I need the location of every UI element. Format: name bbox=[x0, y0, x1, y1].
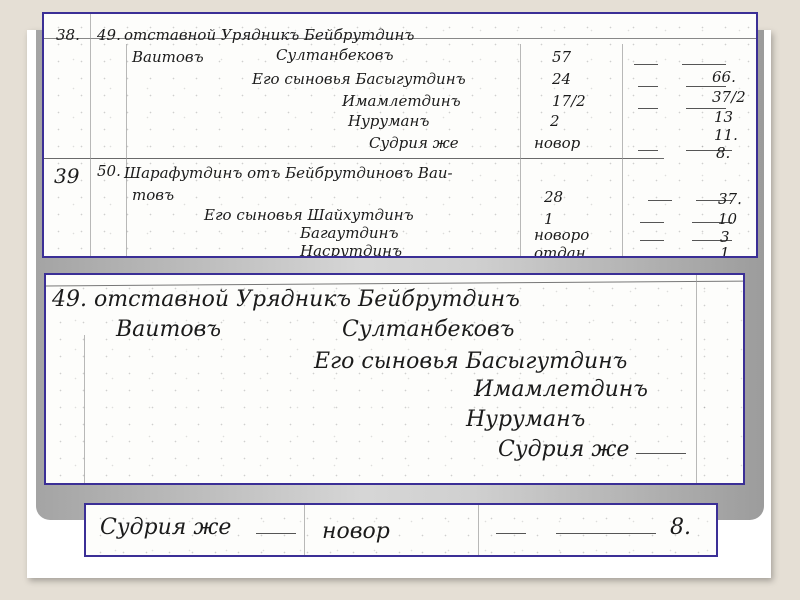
blank-dash bbox=[640, 240, 664, 241]
handwritten-line: Насрутдинъ bbox=[300, 244, 402, 258]
blank-dash bbox=[638, 86, 658, 87]
age-value: 37. bbox=[718, 192, 742, 207]
age-value: 1 bbox=[544, 212, 554, 227]
column-rule bbox=[520, 44, 521, 258]
handwritten-line: Ваитовъ bbox=[116, 319, 221, 341]
household-number: 39 bbox=[54, 166, 79, 186]
age-value: 37/2 bbox=[712, 90, 746, 105]
column-rule bbox=[84, 335, 85, 485]
blank-dash bbox=[640, 222, 664, 223]
handwritten-line: Ваитовъ bbox=[132, 50, 204, 65]
age-value: 13 bbox=[714, 110, 733, 125]
detail-value: 8. bbox=[670, 517, 691, 539]
handwritten-line: Его сыновья Басыгутдинъ bbox=[252, 72, 466, 87]
column-rule bbox=[304, 505, 305, 557]
handwritten-line: Его сыновья Басыгутдинъ bbox=[314, 351, 627, 373]
age-value: 28 bbox=[544, 190, 563, 205]
blank-dash bbox=[256, 533, 296, 534]
handwritten-line: товъ bbox=[132, 188, 174, 203]
register-scan-enlarged: 49. отставной Урядникъ Бейбрутдинъ Ваито… bbox=[44, 273, 745, 485]
handwritten-line: Судрия же bbox=[498, 439, 629, 461]
age-value: 3 bbox=[720, 230, 730, 245]
entry-divider bbox=[44, 158, 664, 159]
column-rule bbox=[622, 44, 623, 258]
age-value: 10 bbox=[718, 212, 737, 227]
column-rule bbox=[696, 275, 697, 485]
handwritten-line: Его сыновья Шайхутдинъ bbox=[204, 208, 414, 223]
age-value: новор bbox=[534, 136, 580, 151]
blank-dash bbox=[682, 64, 726, 65]
age-value: 11. bbox=[714, 128, 738, 143]
blank-dash bbox=[556, 533, 656, 534]
blank-dash bbox=[638, 150, 658, 151]
handwritten-line: 49. отставной Урядникъ Бейбрутдинъ bbox=[52, 289, 520, 311]
blank-dash bbox=[496, 533, 526, 534]
blank-dash bbox=[634, 64, 658, 65]
handwritten-line: Шарафутдинъ отъ Бейбрутдиновъ Ваи- bbox=[124, 166, 453, 181]
age-value: 2 bbox=[550, 114, 560, 129]
blank-dash bbox=[638, 108, 658, 109]
age-value: 24 bbox=[552, 72, 571, 87]
age-value: 66. bbox=[712, 70, 736, 85]
handwritten-line: Имамлетдинъ bbox=[474, 379, 648, 401]
age-value: 17/2 bbox=[552, 94, 586, 109]
person-number: 50. bbox=[97, 164, 121, 179]
handwritten-line: Султанбековъ bbox=[276, 48, 394, 63]
detail-age-note: новор bbox=[322, 521, 390, 543]
age-value: 8. bbox=[716, 146, 730, 161]
handwritten-line: Султанбековъ bbox=[342, 319, 514, 341]
blank-dash bbox=[686, 86, 726, 87]
handwritten-line: Багаутдинъ bbox=[300, 226, 398, 241]
detail-name: Судрия же bbox=[100, 517, 231, 539]
household-number: 38. bbox=[56, 28, 80, 43]
column-rule bbox=[126, 44, 127, 258]
person-number: 49. bbox=[97, 28, 121, 43]
blank-dash bbox=[648, 200, 672, 201]
column-rule bbox=[90, 14, 91, 258]
register-scan-detail: Судрия же новор 8. bbox=[84, 503, 718, 557]
blank-dash bbox=[636, 453, 686, 454]
age-value: 57 bbox=[552, 50, 571, 65]
ruled-line bbox=[46, 281, 745, 287]
handwritten-line: Имамлетдинъ bbox=[342, 94, 461, 109]
handwritten-line: отставной Урядникъ Бейбрутдинъ bbox=[124, 28, 414, 43]
column-rule bbox=[478, 505, 479, 557]
handwritten-line: Нуруманъ bbox=[348, 114, 429, 129]
handwritten-line: Судрия же bbox=[369, 136, 459, 151]
age-value: новоро bbox=[534, 228, 589, 243]
age-value: отдан bbox=[534, 246, 586, 258]
register-scan-full: 38. 49. отставной Урядникъ Бейбрутдинъ В… bbox=[42, 12, 758, 258]
handwritten-line: Нуруманъ bbox=[466, 409, 585, 431]
age-value: 1. bbox=[720, 246, 734, 258]
